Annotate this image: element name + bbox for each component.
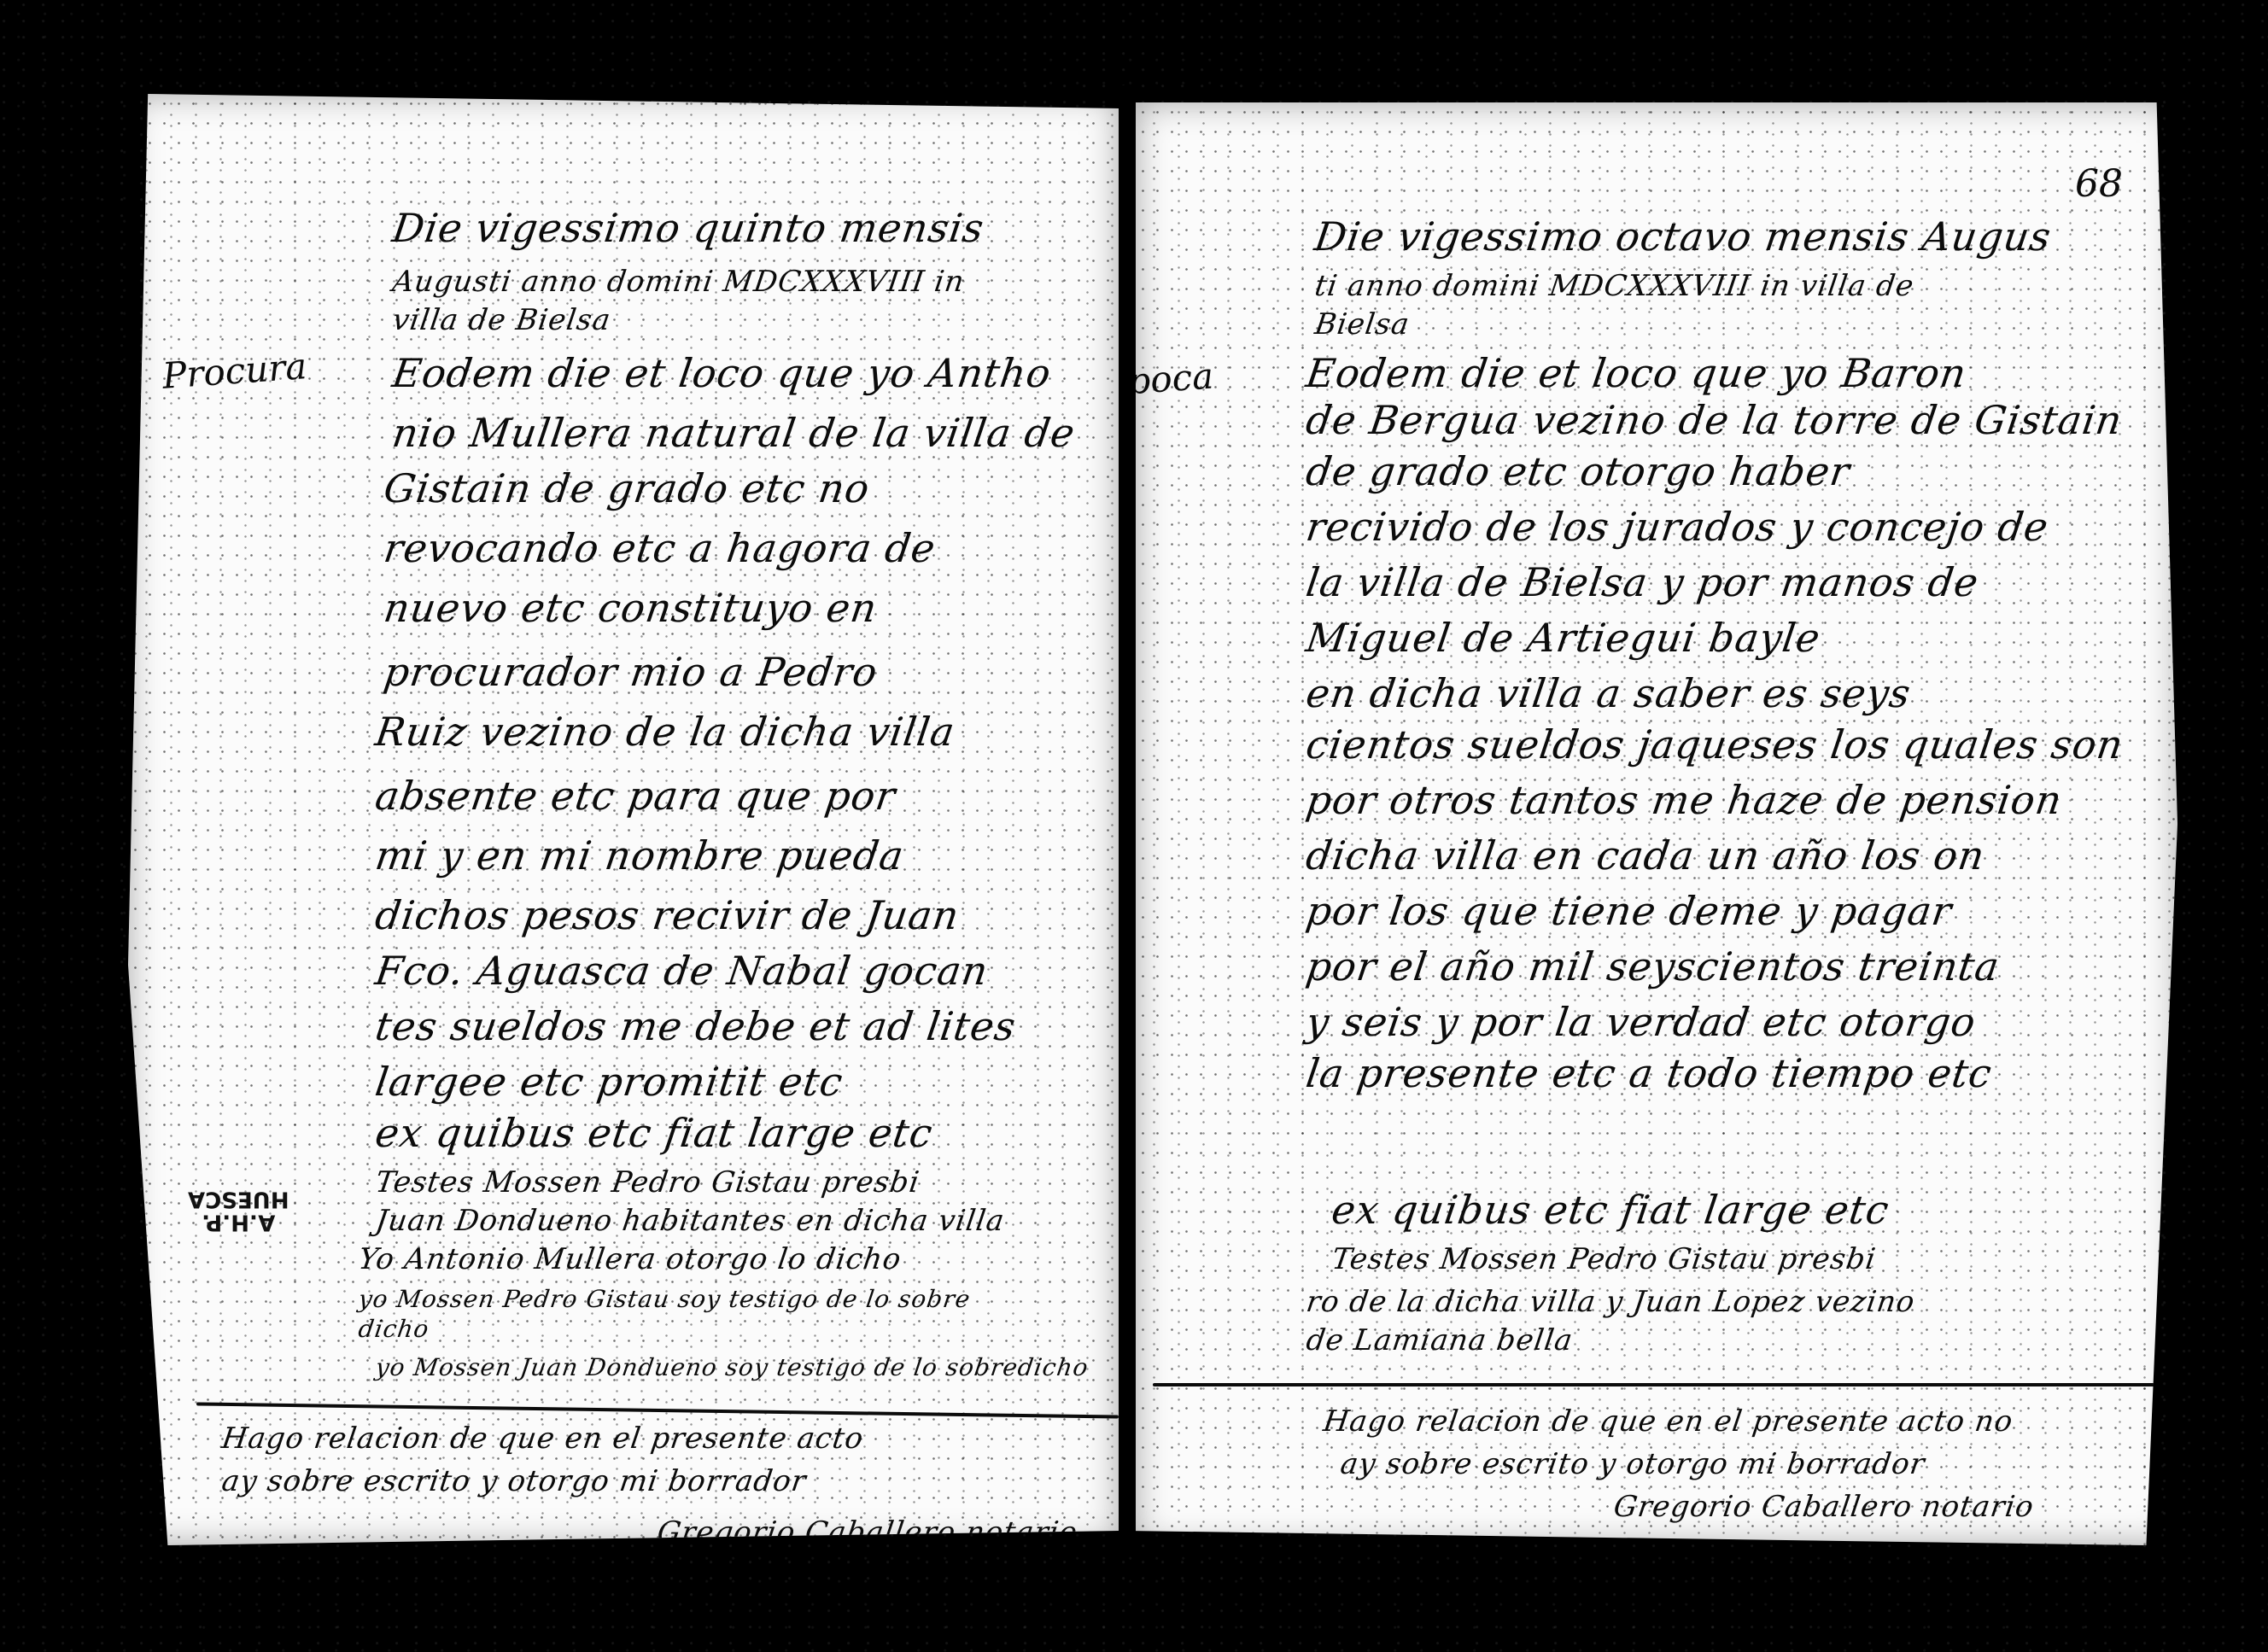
text-line: Miguel de Artiegui bayle bbox=[1303, 615, 1823, 661]
text-line: de grado etc otorgo haber bbox=[1303, 448, 1853, 494]
text-line: dicho bbox=[357, 1315, 431, 1343]
closing-line: ay sobre escrito y otorgo mi borrador bbox=[1338, 1447, 1927, 1481]
text-line: y seis y por la verdad etc otorgo bbox=[1303, 999, 1979, 1045]
text-line: nio Mullera natural de la villa de bbox=[389, 410, 1078, 456]
text-line: de Lamiana bella bbox=[1304, 1323, 1575, 1357]
text-line: Yo Antonio Mullera otorgo lo dicho bbox=[356, 1242, 903, 1276]
text-line: absente etc para que por bbox=[372, 773, 898, 819]
closing-rule bbox=[1153, 1383, 2160, 1386]
stamp-line: HUESCA bbox=[188, 1187, 289, 1210]
text-line: Fco. Aguasca de Nabal gocan bbox=[372, 948, 991, 994]
text-line: yo Mossen Juan Dondueno soy testigo de l… bbox=[374, 1353, 1090, 1381]
text-line: dicha villa en cada un año los on bbox=[1303, 832, 1988, 879]
folio-number: 68 bbox=[2075, 162, 2123, 206]
closing-line: ay sobre escrito y otorgo mi borrador bbox=[219, 1464, 809, 1498]
text-line: Gistain de grado etc no bbox=[381, 465, 873, 511]
notary-signature: Gregorio Caballero notario bbox=[1611, 1490, 2036, 1524]
text-line: por los que tiene deme y pagar bbox=[1303, 888, 1955, 934]
left-page: Procura Die vigessimo quinto mensis Augu… bbox=[128, 94, 1119, 1545]
closing-line: Hago relacion de que en el presente acto… bbox=[1321, 1404, 2015, 1439]
text-line: por otros tantos me haze de pension bbox=[1303, 777, 2065, 823]
right-page: 68 Apoca Die vigessimo octavo mensis Aug… bbox=[1136, 102, 2177, 1545]
text-line: ex quibus etc fiat large etc bbox=[1329, 1187, 1892, 1233]
text-line: ro de la dicha villa y Juan Lopez vezino bbox=[1304, 1285, 1917, 1319]
text-line: Augusti anno domini MDCXXXVIII in bbox=[390, 265, 967, 299]
text-line: Die vigessimo octavo mensis Augus bbox=[1312, 213, 2054, 260]
text-line: dichos pesos recivir de Juan bbox=[372, 892, 962, 938]
text-line: tes sueldos me debe et ad lites bbox=[372, 1003, 1019, 1049]
text-line: nuevo etc constituyo en bbox=[381, 585, 880, 631]
closing-line: Hago relacion de que en el presente acto bbox=[219, 1421, 866, 1456]
text-line: procurador mio a Pedro bbox=[381, 649, 880, 695]
text-line: Testes Mossen Pedro Gistau presbi bbox=[373, 1165, 921, 1200]
text-line: Die vigessimo quinto mensis bbox=[389, 205, 987, 251]
text-line: villa de Bielsa bbox=[390, 303, 613, 337]
text-line: ti anno domini MDCXXXVIII in villa de bbox=[1312, 269, 1916, 303]
margin-note-left: Procura bbox=[161, 345, 307, 397]
text-line: por el año mil seyscientos treinta bbox=[1303, 943, 2002, 989]
text-line: Ruiz vezino de la dicha villa bbox=[372, 709, 958, 755]
text-line: cientos sueldos jaqueses los quales son bbox=[1303, 721, 2126, 768]
text-line: mi y en mi nombre pueda bbox=[372, 832, 907, 879]
book-gutter bbox=[1120, 85, 1134, 1554]
text-line: recivido de los jurados y concejo de bbox=[1303, 504, 2051, 550]
stamp-line: A.H.P. bbox=[188, 1210, 289, 1233]
text-line: Eodem die et loco que yo Baron bbox=[1303, 350, 1969, 396]
text-line: la villa de Bielsa y por manos de bbox=[1303, 559, 1982, 605]
text-line: largee etc promitit etc bbox=[372, 1059, 846, 1105]
archive-stamp: A.H.P. HUESCA bbox=[188, 1187, 289, 1234]
text-line: revocando etc a hagora de bbox=[381, 525, 938, 571]
closing-rule bbox=[196, 1402, 1119, 1418]
text-line: ex quibus etc fiat large etc bbox=[372, 1110, 936, 1156]
text-line: la presente etc a todo tiempo etc bbox=[1303, 1050, 1995, 1096]
text-line: en dicha villa a saber es seys bbox=[1303, 670, 1914, 716]
text-line: Eodem die et loco que yo Antho bbox=[389, 350, 1054, 396]
text-line: de Bergua vezino de la torre de Gistain bbox=[1303, 397, 2125, 443]
text-line: Testes Mossen Pedro Gistau presbi bbox=[1330, 1242, 1878, 1276]
text-line: yo Mossen Pedro Gistau soy testigo de lo… bbox=[357, 1285, 973, 1313]
text-line: Bielsa bbox=[1312, 307, 1412, 341]
text-line: Juan Dondueno habitantes en dicha villa bbox=[373, 1204, 1007, 1238]
